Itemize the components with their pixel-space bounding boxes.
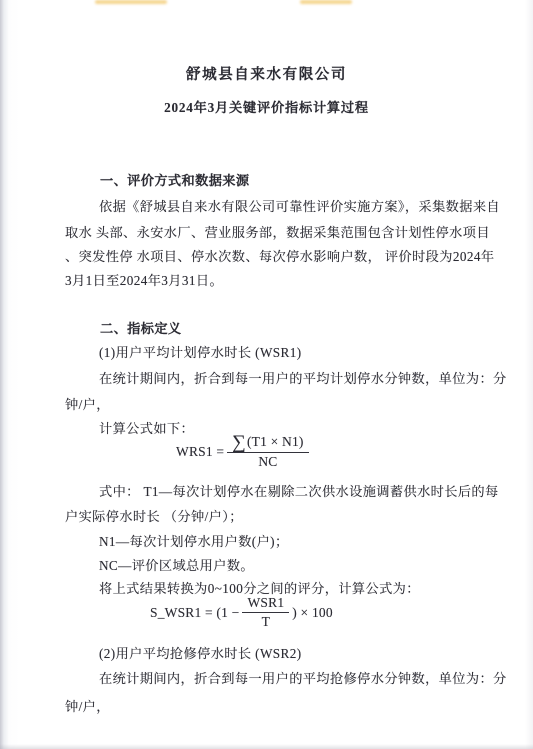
indicator2-definition-line: 钟/户， xyxy=(65,696,110,715)
section1-paragraph-line: 取水 头部、永安水厂、营业服务部，数据采集范围包含计划性停水项目 xyxy=(65,222,490,241)
formula-wrs1-lhs: WRS1 = xyxy=(176,444,224,460)
formula-wrs1-numerator: (T1 × N1) xyxy=(247,435,304,450)
scan-highlight-smudge-right xyxy=(300,0,352,4)
section2-heading: 二、指标定义 xyxy=(100,318,182,337)
section1-heading: 一、评价方式和数据来源 xyxy=(100,170,249,189)
where-clause-line: NC—评价区域总用户数。 xyxy=(99,555,254,574)
where-clause-line: 式中： T1—每次计划停水在剔除二次供水设施调蓄供水时长后的每 xyxy=(99,481,499,500)
where-clause-line: 户实际停水时长 （分钟/户）； xyxy=(65,506,243,525)
formula-s-wsr1-numerator: WSR1 xyxy=(247,596,284,611)
section1-paragraph-line: 依据《舒城县自来水有限公司可靠性评价实施方案》，采集数据来自 xyxy=(99,196,500,215)
indicator1-definition-line: 在统计期间内，折合到每一用户的平均计划停水分钟数，单位为：分 xyxy=(99,368,507,387)
formula-wrs1-denominator: NC xyxy=(258,453,277,470)
scanned-document-page: 舒城县自来水有限公司 2024年3月关键评价指标计算过程 一、评价方式和数据来源… xyxy=(0,0,533,749)
scan-highlight-smudge-left xyxy=(95,0,167,4)
indicator1-title: (1)用户平均计划停水时长 (WSR1) xyxy=(99,342,302,361)
section1-paragraph-line: 、突发性停 水项目、停水次数、每次停水影响户数， 评价时段为2024年 xyxy=(65,246,494,265)
formula-s-wsr1: S_WSR1 = (1 − WSR1 T ) × 100 xyxy=(150,596,333,630)
sigma-symbol: ∑ xyxy=(232,434,246,451)
section1-paragraph-line: 3月1日至2024年3月31日。 xyxy=(65,270,223,289)
where-clause-line: N1—每次计划停水用户数(户)； xyxy=(99,531,289,550)
formula-s-wsr1-denominator: T xyxy=(262,613,270,630)
formula-wrs1-fraction: ∑ (T1 × N1) NC xyxy=(227,434,308,470)
formula-wrs1: WRS1 = ∑ (T1 × N1) NC xyxy=(176,434,312,470)
document-subtitle: 2024年3月关键评价指标计算过程 xyxy=(0,97,533,116)
formula-s-wsr1-fraction: WSR1 T xyxy=(242,596,289,630)
document-title: 舒城县自来水有限公司 xyxy=(0,63,533,84)
indicator2-title: (2)用户平均抢修停水时长 (WSR2) xyxy=(99,643,302,662)
formula-s-wsr1-lhs: S_WSR1 = (1 − xyxy=(150,605,239,621)
formula-s-wsr1-rhs: ) × 100 xyxy=(292,605,333,621)
indicator2-definition-line: 在统计期间内，折合到每一用户的平均抢修停水分钟数，单位为：分 xyxy=(99,668,507,687)
indicator1-definition-line: 钟/户， xyxy=(65,394,110,413)
